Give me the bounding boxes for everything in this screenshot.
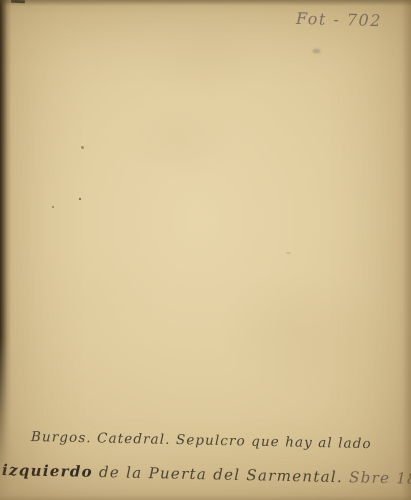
paper-scratch	[286, 252, 291, 254]
right-edge-shadow	[402, 0, 411, 500]
handwritten-caption-line2: izquierdo de la Puerta del Sarmental. Sb…	[2, 461, 411, 488]
left-edge-shadow	[0, 0, 11, 478]
caption-line2-text: de la Puerta del Sarmental.	[93, 463, 350, 486]
paper-texture	[0, 0, 411, 500]
handwritten-caption-line1: Burgos. Catedral. Sepulcro que hay al la…	[31, 429, 372, 452]
pencil-catalog-number: Fot - 702	[296, 9, 382, 30]
top-edge-shadow	[0, 0, 411, 6]
top-edge-ink-mark	[11, 0, 25, 3]
photo-verso-page: Fot - 702 Burgos. Catedral. Sepulcro que…	[0, 0, 411, 500]
pencil-smudge	[313, 49, 320, 53]
foxing-speck	[52, 206, 54, 208]
vignette-overlay	[0, 0, 411, 500]
foxing-speck	[81, 146, 84, 149]
bottom-edge-shadow	[0, 495, 411, 500]
caption-word-izquierdo: izquierdo	[2, 461, 93, 481]
caption-date: Sbre 1891.	[349, 468, 411, 488]
foxing-speck	[79, 198, 81, 200]
